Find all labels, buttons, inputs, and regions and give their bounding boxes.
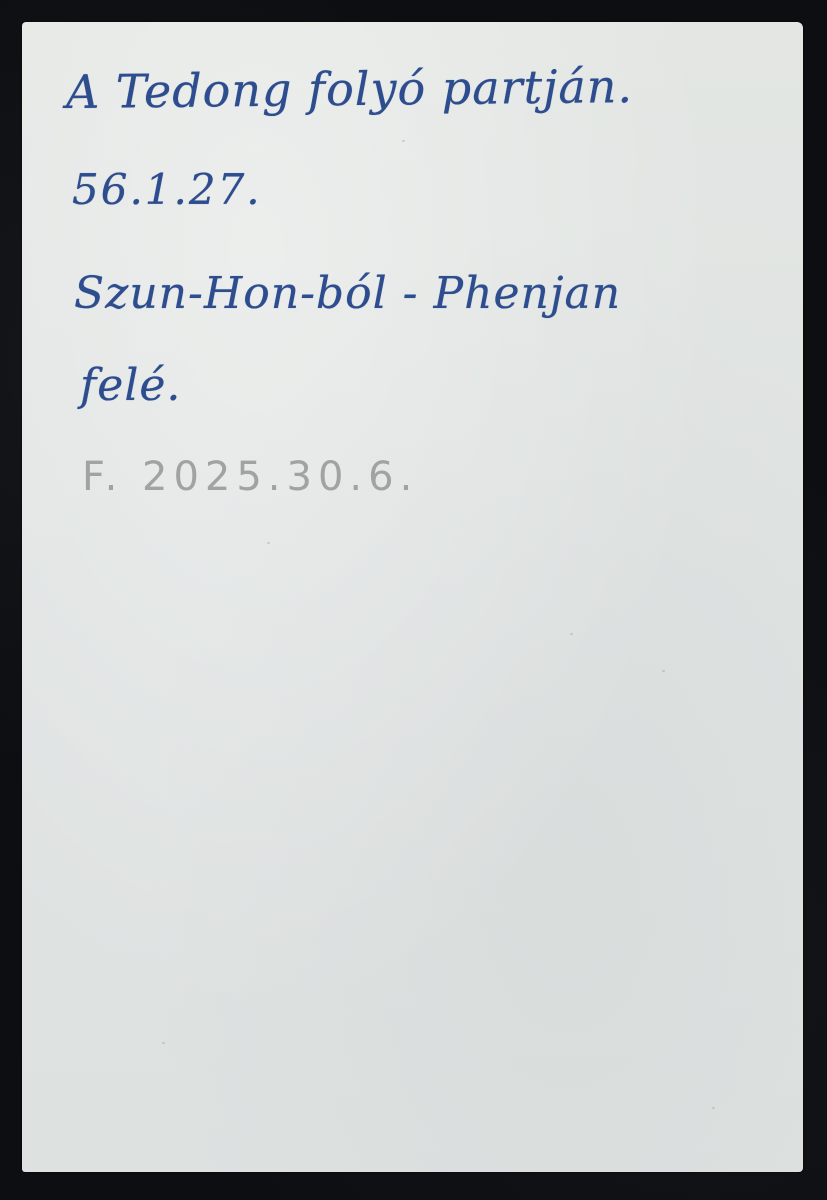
paper-speck [712, 1107, 715, 1109]
inscription-date: 56.1.27. [72, 165, 262, 214]
paper-speck [267, 542, 270, 544]
inscription-location: A Tedong folyó partján. [66, 59, 634, 119]
paper-speck [570, 633, 573, 635]
scan-background: A Tedong folyó partján. 56.1.27. Szun-Ho… [0, 0, 827, 1200]
inscription-route-continued: felé. [80, 360, 181, 411]
inventory-number: F. 2025.30.6. [82, 454, 418, 500]
paper-speck [402, 140, 405, 142]
paper-speck [162, 1042, 165, 1044]
inscription-route: Szun-Hon-ból - Phenjan [74, 268, 621, 319]
paper-speck [662, 670, 665, 672]
